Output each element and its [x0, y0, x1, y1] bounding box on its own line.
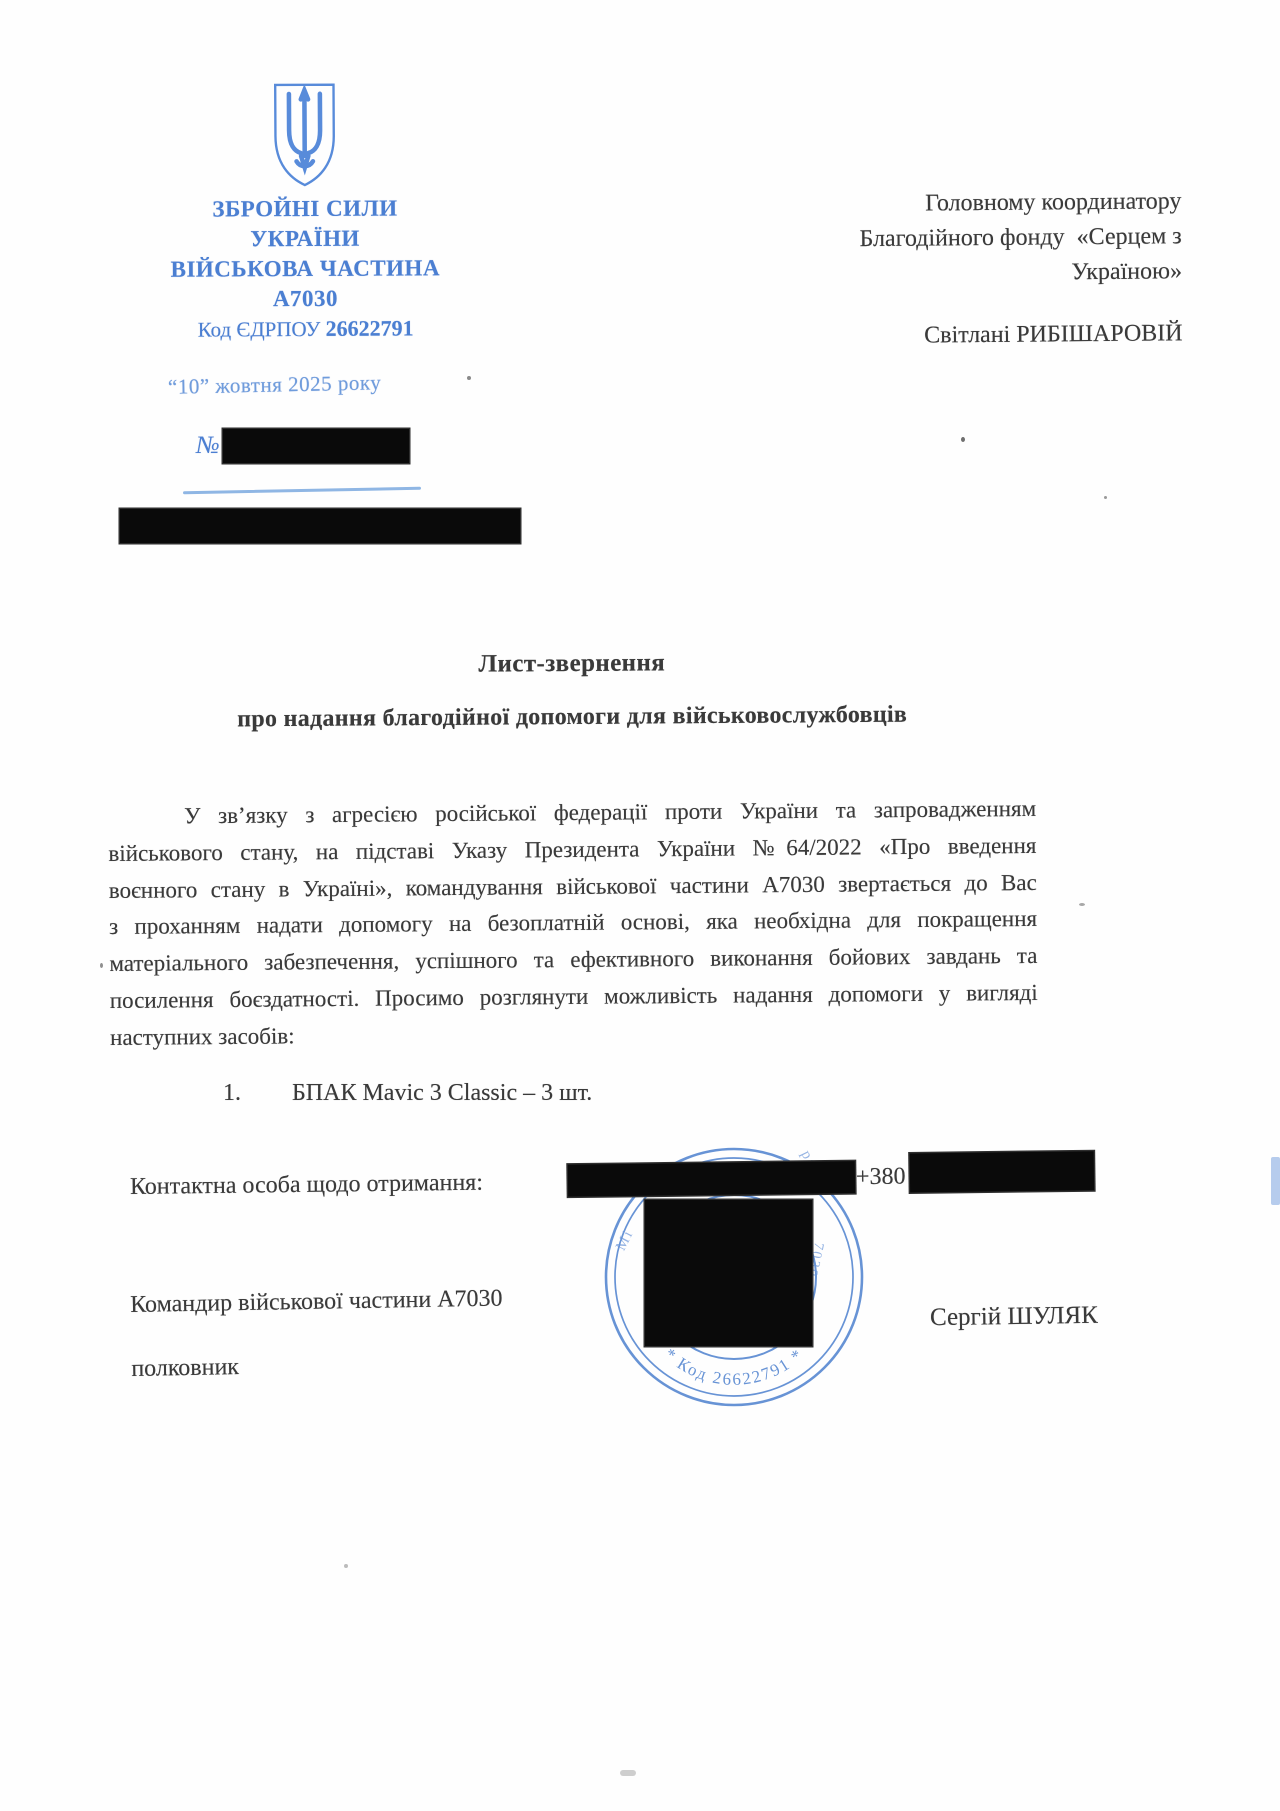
scan-artifact-dot	[344, 1564, 348, 1568]
letter-title: Лист-звернення	[108, 647, 1036, 681]
letter-subtitle: про надання благодійної допомоги для вій…	[108, 701, 1036, 734]
addressee-line2: Благодійного фонду «Серцем з	[790, 219, 1182, 257]
org-name-line2: УКРАЇНИ	[130, 223, 480, 255]
edrpou-line: Код ЄДРПОУ 26622791	[131, 314, 481, 344]
stamp-code-text: * Код 26622791 *	[661, 1344, 808, 1388]
scanned-letter-page: ЗБРОЙНІ СИЛИ УКРАЇНИ ВІЙСЬКОВА ЧАСТИНА А…	[0, 0, 1280, 1811]
letterhead-rule	[183, 487, 421, 495]
addressee-name: Світлані РИБІШАРОВІЙ	[790, 316, 1182, 354]
document-number-label: №	[196, 432, 220, 460]
org-name-line4: А7030	[130, 283, 480, 315]
addressee-line1: Головному координатору	[789, 184, 1181, 222]
redaction-box-phone	[910, 1151, 1094, 1192]
redaction-box-stamp-center	[645, 1200, 812, 1346]
redaction-box-doc-number	[223, 429, 409, 463]
signer-position: Командир військової частини А7030	[130, 1283, 630, 1319]
list-item-text: БПАК Mavic 3 Classic – 3 шт.	[292, 1080, 592, 1106]
svg-text:* Код 26622791 *: * Код 26622791 *	[661, 1344, 808, 1388]
signature-block: Командир військової частини А7030 полков…	[130, 1283, 632, 1383]
scan-artifact-dot	[467, 376, 471, 380]
body-line: наступних засобів:	[110, 1012, 1038, 1057]
body-paragraph: У зв’язку з агресією російської федераці…	[108, 791, 1038, 1057]
scan-artifact-edge-mark	[1271, 1157, 1280, 1205]
addressee-block: Головному координатору Благодійного фонд…	[789, 184, 1182, 354]
scan-artifact-dot	[100, 963, 103, 968]
edrpou-label: Код ЄДРПОУ	[198, 317, 321, 342]
redaction-box-address	[120, 509, 520, 543]
phone-prefix: +380	[856, 1164, 906, 1192]
addressee-line3: Україною»	[790, 254, 1182, 292]
edrpou-code: 26622791	[326, 315, 414, 340]
signer-rank: полковник	[131, 1347, 631, 1383]
list-item: 1. БПАК Mavic 3 Classic – 3 шт.	[223, 1080, 783, 1107]
title-block: Лист-звернення про надання благодійної д…	[108, 647, 1037, 734]
document-date: “10” жовтня 2025 року	[168, 369, 438, 400]
scan-artifact-speck	[1079, 903, 1085, 906]
ukraine-trident-emblem-icon	[263, 78, 346, 190]
org-name-line1: ЗБРОЙНІ СИЛИ	[130, 193, 480, 225]
letterhead: ЗБРОЙНІ СИЛИ УКРАЇНИ ВІЙСЬКОВА ЧАСТИНА А…	[129, 77, 480, 344]
scan-artifact-dot	[961, 437, 965, 442]
contact-row: Контактна особа щодо отримання: +380	[130, 1150, 1140, 1208]
redaction-box-contact-name	[568, 1161, 855, 1197]
list-item-number: 1.	[223, 1080, 241, 1106]
signer-name: Сергій ШУЛЯК	[930, 1302, 1098, 1332]
org-name-line3: ВІЙСЬКОВА ЧАСТИНА	[130, 253, 480, 285]
scan-artifact-dot	[1104, 496, 1107, 499]
contact-label: Контактна особа щодо отримання:	[130, 1170, 483, 1201]
scan-artifact-smudge	[620, 1770, 636, 1776]
